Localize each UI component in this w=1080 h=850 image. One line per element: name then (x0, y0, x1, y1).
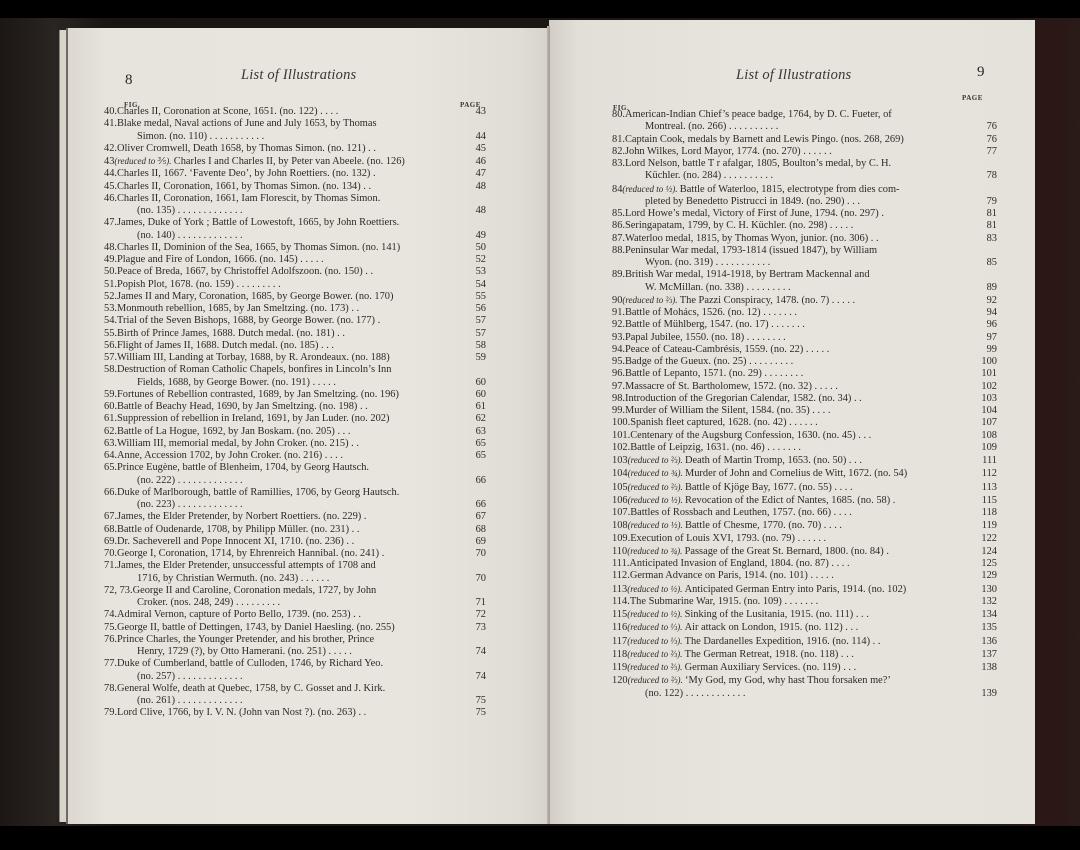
page-number: 47 (458, 168, 486, 180)
entry-line: Passage of the Great St. Bernard, 1800. … (685, 546, 889, 557)
entry-text: 69. Dr. Sacheverell and Pope Innocent XI… (104, 536, 458, 548)
left-illustration-list: 40. Charles II, Coronation at Scone, 165… (104, 106, 486, 720)
entry-text: 104 (reduced to ¾). Murder of John and C… (612, 467, 969, 480)
fig-number: 100. (612, 417, 630, 429)
entry-continuation-line: Henry, 1729 (?), by Otto Hamerani. (no. … (104, 646, 452, 658)
page-number: 50 (458, 242, 486, 254)
entry-line: John Wilkes, Lord Mayor, 1774. (no. 270)… (625, 146, 832, 157)
page-number: 69 (458, 536, 486, 548)
reduction-note: (reduced to ⅗). (114, 156, 173, 166)
fig-number: 91. (612, 307, 625, 319)
entry-continuation-line: (no. 261) . . . . . . . . . . . . . (104, 695, 452, 707)
entry-text: 74. Admiral Vernon, capture of Porto Bel… (104, 609, 458, 621)
fig-number: 110 (612, 546, 627, 558)
fig-number: 63. (104, 438, 117, 450)
entry-text: 41. Blake medal, Naval actions of June a… (104, 118, 458, 143)
entry-line: Blake medal, Naval actions of June and J… (117, 118, 377, 129)
fig-number: 49. (104, 254, 117, 266)
fig-number: 83. (612, 158, 625, 170)
page-number: 112 (969, 468, 997, 480)
fig-number: 52. (104, 291, 117, 303)
entry-line: Battles of Rossbach and Leuthen, 1757. (… (630, 507, 852, 518)
entry-text: 55. Birth of Prince James, 1688. Dutch m… (104, 328, 458, 340)
reduction-note: (reduced to ½). (627, 584, 684, 594)
reduction-note: (reduced to ⅔). (628, 482, 685, 492)
fig-number: 61. (104, 413, 117, 425)
list-item: 47. James, Duke of York ; Battle of Lowe… (104, 217, 486, 242)
entry-text: 44. Charles II, 1667. ‘Favente Deo’, by … (104, 168, 458, 180)
entry-text: 75. George II, battle of Dettingen, 1743… (104, 622, 458, 634)
page-number: 74 (458, 646, 486, 658)
entry-line: Waterloo medal, 1815, by Thomas Wyon, ju… (625, 233, 879, 244)
fig-number: 97. (612, 381, 625, 393)
fig-number: 104 (612, 468, 628, 480)
entry-text: 57. William III, Landing at Torbay, 1688… (104, 352, 458, 364)
entry-line: The German Retreat, 1918. (no. 118) . . … (685, 649, 854, 660)
entry-text: 78. General Wolfe, death at Quebec, 1758… (104, 683, 458, 708)
entry-line: ‘My God, my God, why hast Thou forsaken … (685, 675, 891, 686)
entry-text: 94. Peace of Cateau-Cambrésis, 1559. (no… (612, 344, 969, 356)
bottom-letterbox (0, 826, 1080, 850)
entry-line: George I, Coronation, 1714, by Ehrenreic… (117, 548, 384, 559)
entry-text: 80. American-Indian Chief’s peace badge,… (612, 109, 969, 134)
entry-line: Massacre of St. Bartholomew, 1572. (no. … (625, 381, 838, 392)
list-item: 58. Destruction of Roman Catholic Chapel… (104, 364, 486, 389)
page-number: 83 (969, 233, 997, 245)
entry-text: 101. Centenary of the Augsburg Confessio… (612, 430, 969, 442)
fig-number: 55. (104, 328, 117, 340)
page-number: 129 (969, 570, 997, 582)
page-number: 96 (969, 319, 997, 331)
page-number: 139 (969, 688, 997, 700)
entry-continuation-line: 1716, by Christian Wermuth. (no. 243) . … (104, 573, 452, 585)
entry-line: Centenary of the Augsburg Confession, 16… (630, 430, 871, 441)
fig-number: 86. (612, 220, 625, 232)
entry-line: Charles II, Coronation, 1661, by Thomas … (117, 181, 371, 192)
list-item: 74. Admiral Vernon, capture of Porto Bel… (104, 609, 486, 621)
entry-line: Air attack on London, 1915. (no. 112) . … (685, 622, 859, 633)
list-item: 50. Peace of Breda, 1667, by Christoffel… (104, 266, 486, 278)
entry-text: 40. Charles II, Coronation at Scone, 165… (104, 106, 458, 118)
page-number: 134 (969, 609, 997, 621)
fig-number: 113 (612, 584, 627, 596)
entry-line: James II and Mary, Coronation, 1685, by … (117, 291, 393, 302)
page-number: 125 (969, 558, 997, 570)
page-number: 71 (458, 597, 486, 609)
fig-number: 116 (612, 622, 627, 634)
reduction-note: (reduced to ⅔). (627, 662, 684, 672)
entry-text: 84 (reduced to ½). Battle of Waterloo, 1… (612, 183, 969, 209)
entry-line: Oliver Cromwell, Death 1658, by Thomas S… (117, 143, 376, 154)
entry-text: 60. Battle of Beachy Head, 1690, by Jan … (104, 401, 458, 413)
reduction-note: (reduced to ½). (622, 184, 679, 194)
entry-line: Prince Charles, the Younger Pretender, a… (117, 634, 374, 645)
list-item: 68. Battle of Oudenarde, 1708, by Philip… (104, 524, 486, 536)
entry-text: 54. Trial of the Seven Bishops, 1688, by… (104, 315, 458, 327)
fig-number: 102. (612, 442, 630, 454)
list-item: 43 (reduced to ⅗). Charles I and Charles… (104, 155, 486, 168)
page-number: 72 (458, 609, 486, 621)
entry-text: 83. Lord Nelson, battle T r afalgar, 180… (612, 158, 969, 183)
entry-line: Lord Clive, 1766, by I. V. N. (John van … (117, 707, 366, 718)
reduction-note: (reduced to ⅔). (622, 295, 679, 305)
entry-text: 65. Prince Eugène, battle of Blenheim, 1… (104, 462, 458, 487)
entry-line: Admiral Vernon, capture of Porto Bello, … (117, 609, 361, 620)
entry-line: Duke of Cumberland, battle of Culloden, … (117, 658, 383, 669)
page-number: 77 (969, 146, 997, 158)
entry-line: Duke of Marlborough, battle of Ramillies… (117, 487, 399, 498)
page-number: 99 (969, 344, 997, 356)
entry-line: Trial of the Seven Bishops, 1688, by Geo… (117, 315, 380, 326)
fig-number: 85. (612, 208, 625, 220)
fig-number: 103 (612, 455, 628, 467)
fig-number: 54. (104, 315, 117, 327)
list-item: 111. Anticipated Invasion of England, 18… (612, 558, 997, 570)
reduction-note: (reduced to ½). (627, 609, 684, 619)
page-number: 107 (969, 417, 997, 429)
list-item: 117 (reduced to ⅓). The Dardanelles Expe… (612, 635, 997, 648)
list-item: 98. Introduction of the Gregorian Calend… (612, 393, 997, 405)
list-item: 81. Captain Cook, medals by Barnett and … (612, 134, 997, 146)
list-item: 56. Flight of James II, 1688. Dutch meda… (104, 340, 486, 352)
entry-continuation-line: Simon. (no. 110) . . . . . . . . . . . (104, 131, 452, 143)
list-item: 112. German Advance on Paris, 1914. (no.… (612, 570, 997, 582)
page-number: 79 (969, 196, 997, 208)
page-number: 74 (458, 671, 486, 683)
list-item: 115 (reduced to ½). Sinking of the Lusit… (612, 608, 997, 621)
page-number: 66 (458, 475, 486, 487)
list-item: 69. Dr. Sacheverell and Pope Innocent XI… (104, 536, 486, 548)
page-number: 89 (969, 282, 997, 294)
list-item: 40. Charles II, Coronation at Scone, 165… (104, 106, 486, 118)
entry-line: James, the Elder Pretender, by Norbert R… (117, 511, 366, 522)
entry-text: 98. Introduction of the Gregorian Calend… (612, 393, 969, 405)
page-number: 66 (458, 499, 486, 511)
fig-number: 80. (612, 109, 625, 121)
list-item: 41. Blake medal, Naval actions of June a… (104, 118, 486, 143)
fig-number: 51. (104, 279, 117, 291)
fig-number: 72, 73. (104, 585, 133, 597)
fig-number: 89. (612, 269, 625, 281)
fig-number: 109. (612, 533, 630, 545)
entry-text: 100. Spanish fleet captured, 1628. (no. … (612, 417, 969, 429)
fig-number: 71. (104, 560, 117, 572)
entry-line: Lord Howe’s medal, Victory of First of J… (625, 208, 884, 219)
fig-number: 79. (104, 707, 117, 719)
list-item: 44. Charles II, 1667. ‘Favente Deo’, by … (104, 168, 486, 180)
entry-text: 109. Execution of Louis XVI, 1793. (no. … (612, 533, 969, 545)
page-number: 104 (969, 405, 997, 417)
page-number: 100 (969, 356, 997, 368)
entry-line: Charles I and Charles II, by Peter van A… (174, 156, 405, 167)
entry-text: 79. Lord Clive, 1766, by I. V. N. (John … (104, 707, 458, 719)
page-number: 78 (969, 170, 997, 182)
entry-text: 52. James II and Mary, Coronation, 1685,… (104, 291, 458, 303)
entry-text: 89. British War medal, 1914-1918, by Ber… (612, 269, 969, 294)
list-item: 72, 73. George II and Caroline, Coronati… (104, 585, 486, 610)
page-number: 54 (458, 279, 486, 291)
entry-continuation-line: (no. 223) . . . . . . . . . . . . . (104, 499, 452, 511)
fig-number: 94. (612, 344, 625, 356)
right-page-column-label: PAGE (962, 94, 983, 102)
list-item: 70. George I, Coronation, 1714, by Ehren… (104, 548, 486, 560)
page-number: 119 (969, 520, 997, 532)
list-item: 93. Papal Jubilee, 1550. (no. 18) . . . … (612, 332, 997, 344)
entry-text: 45. Charles II, Coronation, 1661, by Tho… (104, 181, 458, 193)
entry-text: 108 (reduced to ½). Battle of Chesme, 17… (612, 519, 969, 532)
page-number: 57 (458, 315, 486, 327)
fig-number: 106 (612, 495, 628, 507)
page-number: 115 (969, 495, 997, 507)
entry-line: Battle of Mühlberg, 1547. (no. 17) . . .… (625, 319, 805, 330)
entry-line: Flight of James II, 1688. Dutch medal. (… (117, 340, 334, 351)
entry-text: 42. Oliver Cromwell, Death 1658, by Thom… (104, 143, 458, 155)
page-number: 65 (458, 438, 486, 450)
list-item: 95. Badge of the Gueux. (no. 25) . . . .… (612, 356, 997, 368)
page-number: 113 (969, 482, 997, 494)
entry-line: Seringapatam, 1799, by C. H. Küchler. (n… (625, 220, 853, 231)
fig-number: 68. (104, 524, 117, 536)
page-number: 52 (458, 254, 486, 266)
fig-number: 62. (104, 426, 117, 438)
entry-text: 49. Plague and Fire of London, 1666. (no… (104, 254, 458, 266)
fig-number: 45. (104, 181, 117, 193)
page-number: 138 (969, 662, 997, 674)
list-item: 88. Peninsular War medal, 1793-1814 (iss… (612, 245, 997, 270)
page-number: 108 (969, 430, 997, 442)
entry-line: Battle of Mohács, 1526. (no. 12) . . . .… (625, 307, 797, 318)
entry-line: Battle of Lepanto, 1571. (no. 29) . . . … (625, 368, 803, 379)
entry-line: Charles II, 1667. ‘Favente Deo’, by John… (117, 168, 376, 179)
list-item: 109. Execution of Louis XVI, 1793. (no. … (612, 533, 997, 545)
page-number: 56 (458, 303, 486, 315)
list-item: 52. James II and Mary, Coronation, 1685,… (104, 291, 486, 303)
fig-number: 43 (104, 156, 114, 168)
page-number: 102 (969, 381, 997, 393)
entry-text: 50. Peace of Breda, 1667, by Christoffel… (104, 266, 458, 278)
fig-number: 98. (612, 393, 625, 405)
list-item: 107. Battles of Rossbach and Leuthen, 17… (612, 507, 997, 519)
fig-number: 82. (612, 146, 625, 158)
page-number: 49 (458, 230, 486, 242)
entry-text: 97. Massacre of St. Bartholomew, 1572. (… (612, 381, 969, 393)
page-number: 135 (969, 622, 997, 634)
page-number: 57 (458, 328, 486, 340)
entry-text: 92. Battle of Mühlberg, 1547. (no. 17) .… (612, 319, 969, 331)
fig-number: 107. (612, 507, 630, 519)
fig-number: 115 (612, 609, 627, 621)
entry-text: 58. Destruction of Roman Catholic Chapel… (104, 364, 458, 389)
list-item: 53. Monmouth rebellion, 1685, by Jan Sme… (104, 303, 486, 315)
page-number: 124 (969, 546, 997, 558)
fig-number: 41. (104, 118, 117, 130)
entry-text: 102. Battle of Leipzig, 1631. (no. 46) .… (612, 442, 969, 454)
entry-line: General Wolfe, death at Quebec, 1758, by… (117, 683, 385, 694)
page-number: 101 (969, 368, 997, 380)
page-number: 67 (458, 511, 486, 523)
list-item: 67. James, the Elder Pretender, by Norbe… (104, 511, 486, 523)
entry-line: Birth of Prince James, 1688. Dutch medal… (117, 328, 345, 339)
fig-number: 66. (104, 487, 117, 499)
list-item: 85. Lord Howe’s medal, Victory of First … (612, 208, 997, 220)
entry-text: 53. Monmouth rebellion, 1685, by Jan Sme… (104, 303, 458, 315)
entry-line: George II, battle of Dettingen, 1743, by… (117, 622, 395, 633)
list-item: 54. Trial of the Seven Bishops, 1688, by… (104, 315, 486, 327)
page-number: 81 (969, 208, 997, 220)
entry-line: Charles II, Coronation at Scone, 1651. (… (117, 106, 338, 117)
entry-text: 115 (reduced to ½). Sinking of the Lusit… (612, 608, 969, 621)
fig-number: 58. (104, 364, 117, 376)
reduction-note: (reduced to ¾). (627, 546, 684, 556)
fig-number: 84 (612, 184, 622, 196)
fig-number: 42. (104, 143, 117, 155)
entry-text: 95. Badge of the Gueux. (no. 25) . . . .… (612, 356, 969, 368)
entry-line: Charles II, Coronation, 1661, Iam Flores… (117, 193, 380, 204)
list-item: 66. Duke of Marlborough, battle of Ramil… (104, 487, 486, 512)
fig-number: 78. (104, 683, 117, 695)
list-item: 108 (reduced to ½). Battle of Chesme, 17… (612, 519, 997, 532)
page-number: 109 (969, 442, 997, 454)
entry-line: Battle of Beachy Head, 1690, by Jan Smel… (117, 401, 368, 412)
entry-text: 120 (reduced to ⅔). ‘My God, my God, why… (612, 674, 969, 700)
entry-line: Anticipated German Entry into Paris, 191… (685, 584, 907, 595)
entry-line: German Auxiliary Services. (no. 119) . .… (685, 662, 857, 673)
entry-line: Battle of Leipzig, 1631. (no. 46) . . . … (630, 442, 801, 453)
entry-line: Murder of John and Cornelius de Witt, 16… (685, 468, 907, 479)
fig-number: 112. (612, 570, 630, 582)
page-number: 75 (458, 707, 486, 719)
entry-line: Battle of Waterloo, 1815, electrotype fr… (680, 184, 900, 195)
list-item: 102. Battle of Leipzig, 1631. (no. 46) .… (612, 442, 997, 454)
list-item: 78. General Wolfe, death at Quebec, 1758… (104, 683, 486, 708)
fig-number: 47. (104, 217, 117, 229)
list-item: 63. William III, memorial medal, by John… (104, 438, 486, 450)
fig-number: 108 (612, 520, 628, 532)
entry-line: Captain Cook, medals by Barnett and Lewi… (625, 134, 904, 145)
list-item: 91. Battle of Mohács, 1526. (no. 12) . .… (612, 307, 997, 319)
page-number: 76 (969, 121, 997, 133)
entry-line: Peninsular War medal, 1793-1814 (issued … (625, 245, 877, 256)
fig-number: 50. (104, 266, 117, 278)
fig-number: 99. (612, 405, 625, 417)
entry-line: Introduction of the Gregorian Calendar, … (625, 393, 862, 404)
page-number: 63 (458, 426, 486, 438)
list-item: 79. Lord Clive, 1766, by I. V. N. (John … (104, 707, 486, 719)
page-number: 103 (969, 393, 997, 405)
entry-line: Spanish fleet captured, 1628. (no. 42) .… (630, 417, 818, 428)
fig-number: 60. (104, 401, 117, 413)
page-number: 48 (458, 205, 486, 217)
list-item: 90 (reduced to ⅔). The Pazzi Conspiracy,… (612, 294, 997, 307)
list-item: 110 (reduced to ¾). Passage of the Great… (612, 545, 997, 558)
reduction-note: (reduced to ⅔). (628, 455, 685, 465)
list-item: 49. Plague and Fire of London, 1666. (no… (104, 254, 486, 266)
entry-line: Papal Jubilee, 1550. (no. 18) . . . . . … (625, 332, 786, 343)
entry-text: 112. German Advance on Paris, 1914. (no.… (612, 570, 969, 582)
list-item: 75. George II, battle of Dettingen, 1743… (104, 622, 486, 634)
entry-text: 88. Peninsular War medal, 1793-1814 (iss… (612, 245, 969, 270)
entry-text: 90 (reduced to ⅔). The Pazzi Conspiracy,… (612, 294, 969, 307)
entry-line: Execution of Louis XVI, 1793. (no. 79) .… (630, 533, 826, 544)
entry-text: 116 (reduced to ⅓). Air attack on London… (612, 621, 969, 634)
entry-text: 76. Prince Charles, the Younger Pretende… (104, 634, 458, 659)
entry-line: American-Indian Chief’s peace badge, 176… (625, 109, 892, 120)
reduction-note: (reduced to ⅔). (628, 675, 685, 685)
page-number: 70 (458, 573, 486, 585)
entry-text: 110 (reduced to ¾). Passage of the Great… (612, 545, 969, 558)
page-number: 48 (458, 181, 486, 193)
list-item: 71. James, the Elder Pretender, unsucces… (104, 560, 486, 585)
fig-number: 87. (612, 233, 625, 245)
page-number: 53 (458, 266, 486, 278)
page-number: 46 (458, 156, 486, 168)
page-number: 132 (969, 596, 997, 608)
fig-number: 120 (612, 675, 628, 687)
fig-number: 46. (104, 193, 117, 205)
entry-text: 67. James, the Elder Pretender, by Norbe… (104, 511, 458, 523)
entry-line: William III, Landing at Torbay, 1688, by… (117, 352, 390, 363)
entry-text: 105 (reduced to ⅔). Battle of Kjöge Bay,… (612, 481, 969, 494)
entry-line: George II and Caroline, Coronation medal… (133, 585, 377, 596)
book-cover-edge (1035, 20, 1067, 826)
list-item: 94. Peace of Cateau-Cambrésis, 1559. (no… (612, 344, 997, 356)
list-item: 101. Centenary of the Augsburg Confessio… (612, 430, 997, 442)
page-number: 81 (969, 220, 997, 232)
entry-text: 86. Seringapatam, 1799, by C. H. Küchler… (612, 220, 969, 232)
list-item: 84 (reduced to ½). Battle of Waterloo, 1… (612, 183, 997, 209)
fig-number: 48. (104, 242, 117, 254)
entry-text: 82. John Wilkes, Lord Mayor, 1774. (no. … (612, 146, 969, 158)
entry-continuation-line: pleted by Benedetto Pistrucci in 1849. (… (612, 196, 963, 208)
top-letterbox (0, 0, 1080, 18)
list-item: 55. Birth of Prince James, 1688. Dutch m… (104, 328, 486, 340)
reduction-note: (reduced to ¾). (628, 468, 685, 478)
list-item: 89. British War medal, 1914-1918, by Ber… (612, 269, 997, 294)
entry-line: Revocation of the Edict of Nantes, 1685.… (685, 495, 895, 506)
entry-text: 81. Captain Cook, medals by Barnett and … (612, 134, 969, 146)
entry-text: 48. Charles II, Dominion of the Sea, 166… (104, 242, 458, 254)
page-number: 43 (458, 106, 486, 118)
page-number: 70 (458, 548, 486, 560)
list-item: 106 (reduced to ½). Revocation of the Ed… (612, 494, 997, 507)
fig-number: 59. (104, 389, 117, 401)
entry-line: German Advance on Paris, 1914. (no. 101)… (630, 570, 834, 581)
right-page-number: 9 (977, 64, 985, 81)
list-item: 45. Charles II, Coronation, 1661, by Tho… (104, 181, 486, 193)
entry-text: 103 (reduced to ⅔). Death of Martin Trom… (612, 454, 969, 467)
entry-continuation-line: Wyon. (no. 319) . . . . . . . . . . . (612, 257, 963, 269)
entry-text: 91. Battle of Mohács, 1526. (no. 12) . .… (612, 307, 969, 319)
entry-text: 72, 73. George II and Caroline, Coronati… (104, 585, 458, 610)
fig-number: 70. (104, 548, 117, 560)
reduction-note: (reduced to ⅓). (627, 636, 684, 646)
fig-number: 118 (612, 649, 627, 661)
entry-text: 56. Flight of James II, 1688. Dutch meda… (104, 340, 458, 352)
fig-number: 81. (612, 134, 625, 146)
reduction-note: (reduced to ½). (628, 520, 685, 530)
fig-number: 67. (104, 511, 117, 523)
list-item: 62. Battle of La Hogue, 1692, by Jan Bos… (104, 426, 486, 438)
entry-continuation-line: Küchler. (no. 284) . . . . . . . . . . (612, 170, 963, 182)
entry-text: 66. Duke of Marlborough, battle of Ramil… (104, 487, 458, 512)
entry-text: 46. Charles II, Coronation, 1661, Iam Fl… (104, 193, 458, 218)
page-number: 76 (969, 134, 997, 146)
fig-number: 40. (104, 106, 117, 118)
list-item: 65. Prince Eugène, battle of Blenheim, 1… (104, 462, 486, 487)
list-item: 48. Charles II, Dominion of the Sea, 166… (104, 242, 486, 254)
list-item: 59. Fortunes of Rebellion contrasted, 16… (104, 389, 486, 401)
fig-number: 88. (612, 245, 625, 257)
